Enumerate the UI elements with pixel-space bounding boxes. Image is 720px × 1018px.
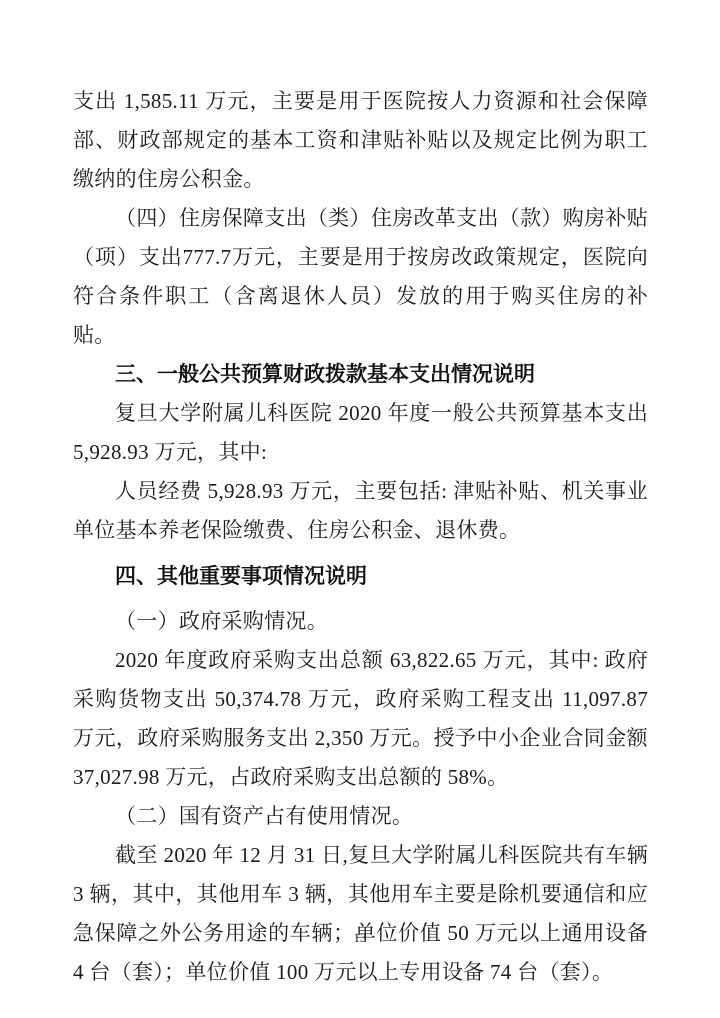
paragraph-housing-subsidy: （四）住房保障支出（类）住房改革支出（款）购房补贴（项）支出777.7万元，主要…: [73, 199, 648, 355]
paragraph-basic-expenditure-total: 复旦大学附属儿科医院 2020 年度一般公共预算基本支出 5,928.93 万元…: [73, 394, 648, 472]
paragraph-procurement-details: 2020 年度政府采购支出总额 63,822.65 万元，其中: 政府采购货物支…: [73, 641, 648, 797]
paragraph-state-assets-subheading: （二）国有资产占有使用情况。: [73, 797, 648, 836]
paragraph-state-assets-details: 截至 2020 年 12 月 31 日,复旦大学附属儿科医院共有车辆 3 辆，其…: [73, 836, 648, 992]
section-heading-3-basic-expenditure: 三、一般公共预算财政拨款基本支出情况说明: [73, 355, 648, 394]
section-heading-4-other-matters: 四、其他重要事项情况说明: [73, 557, 648, 596]
paragraph-procurement-subheading: （一）政府采购情况。: [73, 602, 648, 641]
document-page: 支出 1,585.11 万元，主要是用于医院按人力资源和社会保障部、财政部规定的…: [0, 0, 720, 1018]
paragraph-personnel-funds: 人员经费 5,928.93 万元，主要包括: 津贴补贴、机关事业单位基本养老保险…: [73, 472, 648, 550]
paragraph-housing-fund-continuation: 支出 1,585.11 万元，主要是用于医院按人力资源和社会保障部、财政部规定的…: [73, 82, 648, 199]
page-number: 13: [0, 929, 720, 947]
document-body: 支出 1,585.11 万元，主要是用于医院按人力资源和社会保障部、财政部规定的…: [73, 82, 648, 992]
